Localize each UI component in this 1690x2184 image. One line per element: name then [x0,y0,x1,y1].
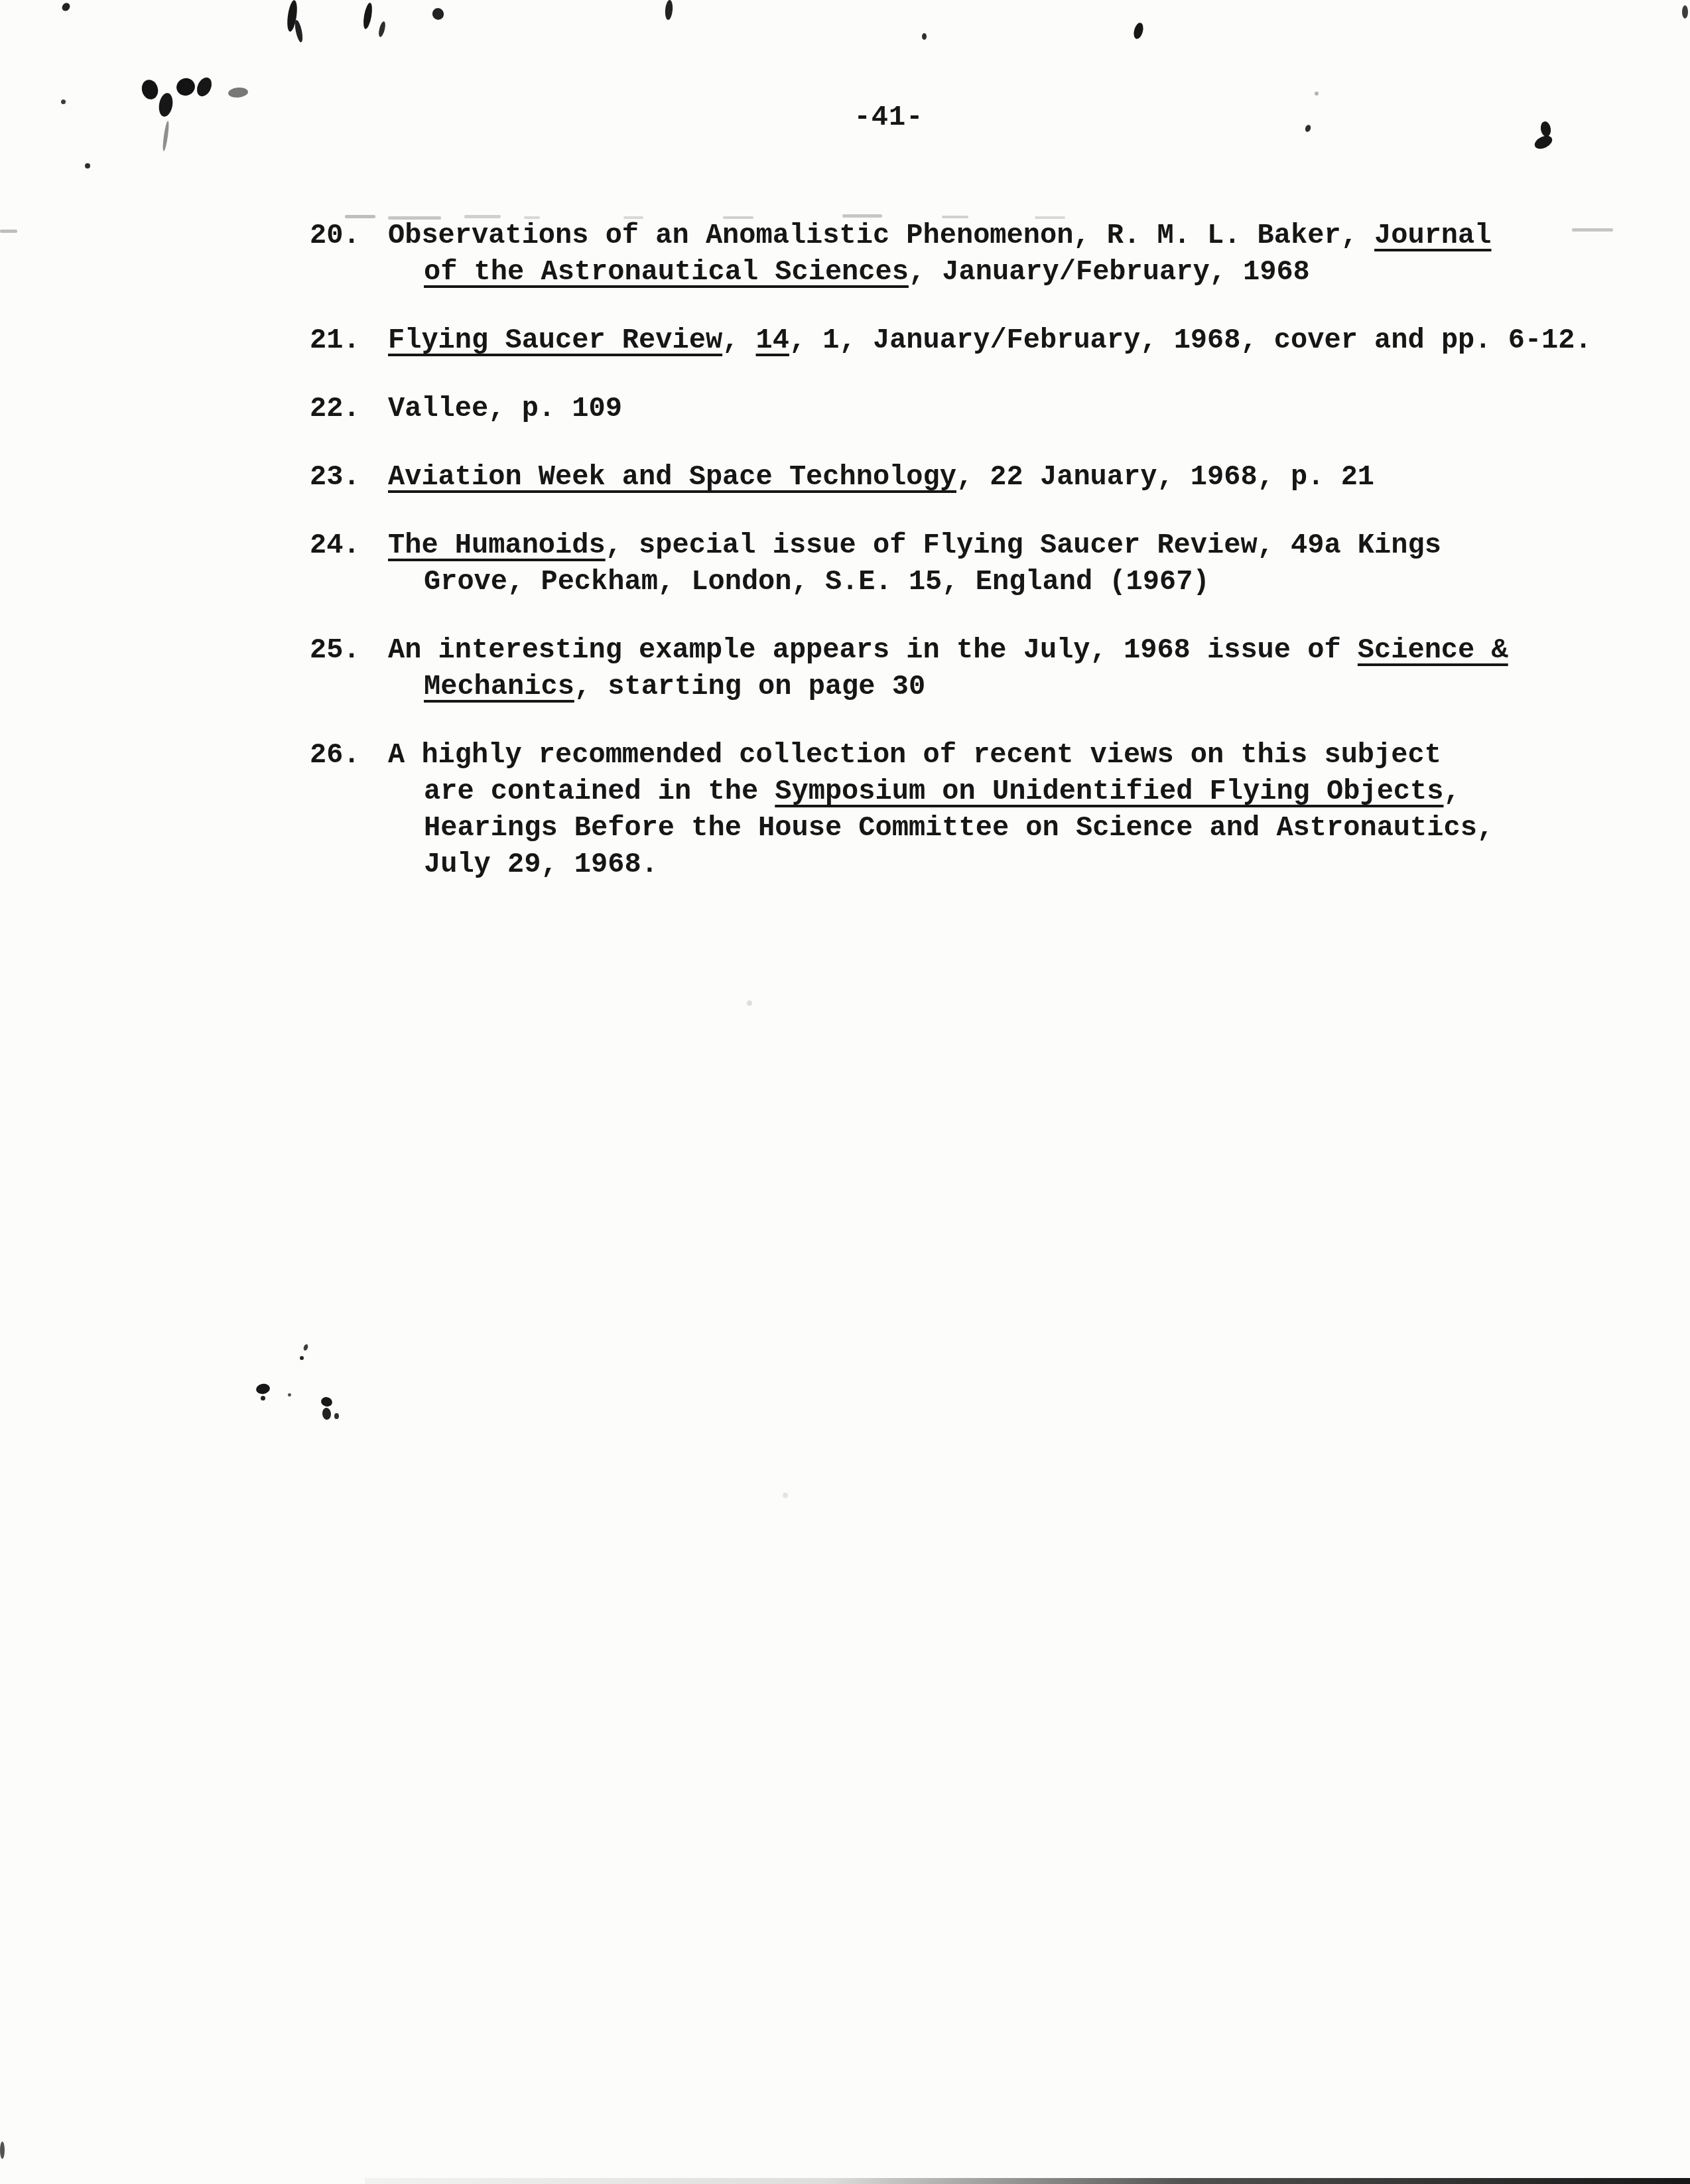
reference-item: 21.Flying Saucer Review, 14, 1, January/… [310,322,1643,359]
reference-item: 24.The Humanoids, special issue of Flyin… [310,527,1643,600]
ink-speck [300,1356,304,1360]
text-segment: , 22 January, 1968, p. 21 [956,461,1374,493]
reference-line: A highly recommended collection of recen… [388,737,1643,774]
reference-text: The Humanoids, special issue of Flying S… [388,527,1643,600]
reference-number: 24. [310,527,388,564]
underlined-title: 14 [756,324,789,356]
reference-line: July 29, 1968. [388,847,1643,883]
ink-speck [60,1,72,13]
faint-speck [783,1493,788,1498]
ink-blob [194,75,215,99]
ink-speck [261,1396,265,1400]
reference-line: Aviation Week and Space Technology, 22 J… [388,459,1643,496]
reference-line: An interesting example appears in the Ju… [388,632,1643,669]
reference-text: Observations of an Anomalistic Phenomeno… [388,218,1643,291]
ink-blob [1132,22,1145,40]
ink-stroke [294,19,304,42]
ink-blob [255,1383,271,1395]
reference-line: of the Astronautical Sciences, January/F… [388,254,1643,291]
reference-text: A highly recommended collection of recen… [388,737,1643,883]
reference-line: are contained in the Symposium on Uniden… [388,774,1643,810]
reference-text: Aviation Week and Space Technology, 22 J… [388,459,1643,496]
text-segment: Vallee, p. 109 [388,393,622,425]
reference-line: Mechanics, starting on page 30 [388,669,1643,705]
text-segment: Observations of an Anomalistic Phenomeno… [388,220,1374,251]
reference-number: 20. [310,218,388,254]
underlined-title: of the Astronautical Sciences [424,256,909,288]
faint-speck [747,1000,752,1006]
reference-list: 20.Observations of an Anomalistic Phenom… [310,218,1643,915]
text-segment: , [722,324,755,356]
text-segment: , January/February, 1968 [909,256,1310,288]
ink-stroke [362,2,374,29]
faint-speck [1315,92,1319,96]
text-segment: , 1, January/February, 1968, cover and p… [789,324,1592,356]
ink-stroke [665,0,674,20]
ink-blob [174,76,197,98]
underlined-title: Science & [1358,634,1508,666]
underlined-title: Flying Saucer Review [388,324,722,356]
underlined-title: Symposium on Unidentified Flying Objects [775,776,1443,807]
text-segment: Grove, Peckham, London, S.E. 15, England… [424,566,1210,598]
text-segment: Hearings Before the House Committee on S… [424,812,1494,844]
ink-stroke [1682,5,1688,19]
ink-stroke [377,21,387,37]
reference-line: Grove, Peckham, London, S.E. 15, England… [388,564,1643,600]
scan-bottom-edge [365,2178,1690,2184]
reference-number: 23. [310,459,388,496]
reference-text: Flying Saucer Review, 14, 1, January/Feb… [388,322,1643,359]
text-segment: A highly recommended collection of recen… [388,739,1441,771]
reference-number: 25. [310,632,388,669]
reference-number: 26. [310,737,388,774]
reference-item: 23.Aviation Week and Space Technology, 2… [310,459,1643,496]
text-segment: are contained in the [424,776,775,807]
ink-blob [140,78,161,101]
reference-line: Hearings Before the House Committee on S… [388,810,1643,847]
reference-text: An interesting example appears in the Ju… [388,632,1643,705]
ink-speck [288,1393,291,1397]
scan-dash [0,230,17,233]
reference-item: 25.An interesting example appears in the… [310,632,1643,705]
reference-line: Flying Saucer Review, 14, 1, January/Feb… [388,322,1643,359]
ink-blob [227,87,248,99]
reference-item: 26.A highly recommended collection of re… [310,737,1643,883]
underlined-title: Journal [1374,220,1491,251]
reference-text: Vallee, p. 109 [388,391,1643,427]
text-segment: , special issue of Flying Saucer Review,… [606,529,1441,561]
reference-item: 22.Vallee, p. 109 [310,391,1643,427]
text-segment: , [1443,776,1460,807]
text-segment: An interesting example appears in the Ju… [388,634,1358,666]
reference-line: Vallee, p. 109 [388,391,1643,427]
reference-line: Observations of an Anomalistic Phenomeno… [388,218,1643,254]
ink-speck [430,6,446,22]
reference-line: The Humanoids, special issue of Flying S… [388,527,1643,564]
underlined-title: Mechanics [424,671,574,703]
text-segment: , starting on page 30 [574,671,925,703]
ink-speck [0,2142,5,2159]
reference-number: 21. [310,322,388,359]
reference-item: 20.Observations of an Anomalistic Phenom… [310,218,1643,291]
ink-stroke [286,0,299,33]
page-number: -41- [44,100,1690,136]
ink-blob [320,1396,333,1408]
text-segment: July 29, 1968. [424,849,658,880]
ink-speck [85,163,90,169]
ink-speck [334,1413,339,1419]
underlined-title: Aviation Week and Space Technology [388,461,956,493]
ink-blob [322,1407,332,1420]
underlined-title: The Humanoids [388,529,606,561]
reference-number: 22. [310,391,388,427]
ink-speck [922,33,927,40]
scanned-document-page: -41- 20.Observations of an Anomalistic P… [0,0,1690,2184]
ink-speck [302,1343,308,1351]
